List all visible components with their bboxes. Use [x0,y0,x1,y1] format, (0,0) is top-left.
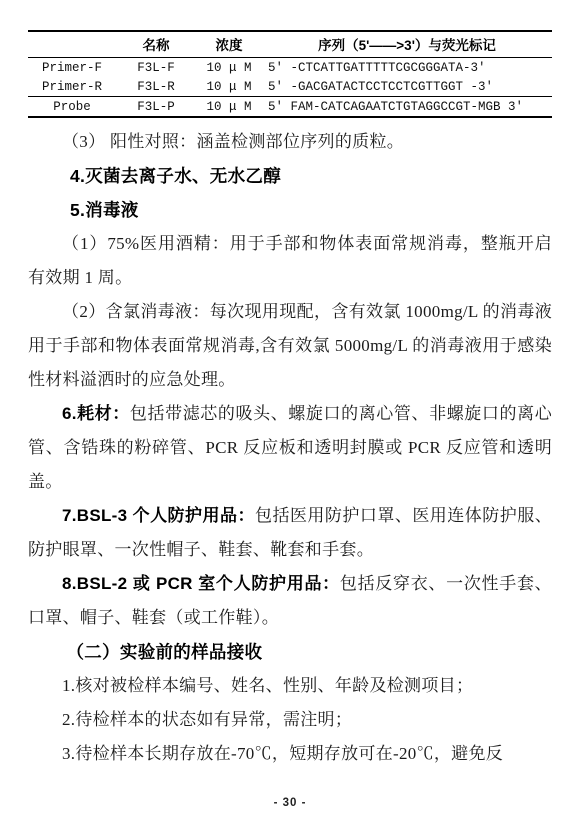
cell-concentration: 10 μ M [196,77,262,97]
table-header-type [28,31,116,58]
table-header-sequence: 序列（5'——>3'）与荧光标记 [262,31,552,58]
sample-check-item-2: 2.待检样本的状态如有异常，需注明； [28,703,552,737]
heading-sterile-water: 4.灭菌去离子水、无水乙醇 [28,159,552,193]
paragraph-text: 2.待检样本的状态如有异常，需注明； [62,710,352,729]
cell-name: F3L-R [116,77,196,97]
paragraph-text: 1.核对被检样本编号、姓名、性别、年龄及检测项目； [62,676,473,695]
positive-control-paragraph: （3） 阳性对照：涵盖检测部位序列的质粒。 [28,125,552,159]
heading-text: 4.灭菌去离子水、无水乙醇 [70,166,281,186]
page-number: - 30 - [0,797,580,809]
sample-check-item-1: 1.核对被检样本编号、姓名、性别、年龄及检测项目； [28,669,552,703]
document-body: （3） 阳性对照：涵盖检测部位序列的质粒。 4.灭菌去离子水、无水乙醇 5.消毒… [28,125,552,771]
table-header-name: 名称 [116,31,196,58]
table-header-concentration: 浓度 [196,31,262,58]
cell-sequence: 5' FAM-CATCAGAATCTGTAGGCCGT-MGB 3' [262,97,552,118]
table-header-row: 名称 浓度 序列（5'——>3'）与荧光标记 [28,31,552,58]
cell-type: Probe [28,97,116,118]
sample-check-item-3: 3.待检样本长期存放在-70℃，短期存放可在-20℃，避免反 [28,737,552,771]
heading-disinfectant: 5.消毒液 [28,193,552,227]
bsl3-ppe-paragraph: 7.BSL-3 个人防护用品：包括医用防护口罩、医用连体防护服、防护眼罩、一次性… [28,499,552,567]
cell-type: Primer-R [28,77,116,97]
cell-concentration: 10 μ M [196,58,262,78]
paragraph-text: （1）75%医用酒精：用于手部和物体表面常规消毒，整瓶开启有效期 1 周。 [28,234,552,287]
heading-text: （二）实验前的样品接收 [67,642,263,662]
paragraph-lead: 8.BSL-2 或 PCR 室个人防护用品： [62,574,340,593]
bsl2-ppe-paragraph: 8.BSL-2 或 PCR 室个人防护用品：包括反穿衣、一次性手套、口罩、帽子、… [28,567,552,635]
paragraph-text: 3.待检样本长期存放在-70℃，短期存放可在-20℃，避免反 [62,744,503,763]
cell-type: Primer-F [28,58,116,78]
chlorine-paragraph: （2）含氯消毒液：每次现用现配，含有效氯 1000mg/L 的消毒液用于手部和物… [28,295,552,397]
cell-sequence: 5' -CTCATTGATTTTTCGCGGGATA-3' [262,58,552,78]
heading-text: 5.消毒液 [70,200,139,220]
table-row-probe: Probe F3L-P 10 μ M 5' FAM-CATCAGAATCTGTA… [28,97,552,118]
paragraph-lead: 7.BSL-3 个人防护用品： [62,506,255,525]
primer-probe-table: 名称 浓度 序列（5'——>3'）与荧光标记 Primer-F F3L-F 10… [28,30,552,118]
alcohol-paragraph: （1）75%医用酒精：用于手部和物体表面常规消毒，整瓶开启有效期 1 周。 [28,227,552,295]
cell-name: F3L-F [116,58,196,78]
paragraph-text: （2）含氯消毒液：每次现用现配，含有效氯 1000mg/L 的消毒液用于手部和物… [28,302,552,389]
paragraph-lead: 6.耗材： [62,404,130,423]
cell-concentration: 10 μ M [196,97,262,118]
document-page: 名称 浓度 序列（5'——>3'）与荧光标记 Primer-F F3L-F 10… [0,0,580,825]
paragraph-text: （3） 阳性对照：涵盖检测部位序列的质粒。 [62,132,404,151]
section-heading-sample-reception: （二）实验前的样品接收 [28,635,552,669]
table-row-primer-f: Primer-F F3L-F 10 μ M 5' -CTCATTGATTTTTC… [28,58,552,78]
consumables-paragraph: 6.耗材：包括带滤芯的吸头、螺旋口的离心管、非螺旋口的离心管、含锆珠的粉碎管、P… [28,397,552,499]
table-row-primer-r: Primer-R F3L-R 10 μ M 5' -GACGATACTCCTCC… [28,77,552,97]
cell-sequence: 5' -GACGATACTCCTCCTCGTTGGT -3' [262,77,552,97]
cell-name: F3L-P [116,97,196,118]
